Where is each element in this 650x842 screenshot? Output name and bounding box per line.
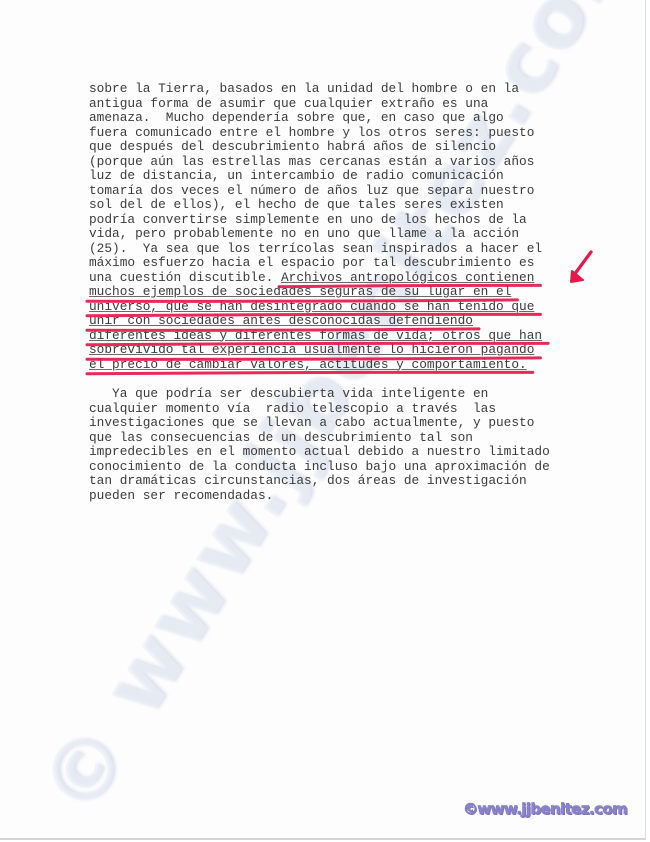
line-text: que después del descubrimiento habrá año… — [89, 139, 496, 154]
text-line: máximo esfuerzo hacia el espacio por tal… — [89, 256, 589, 271]
paragraph-2: Ya que podría ser descubierta vida intel… — [89, 387, 589, 503]
line-text: (porque aún las estrellas mas cercanas e… — [89, 154, 534, 169]
underlined-text: el precio de cambiar valores, actitudes … — [89, 357, 527, 372]
text-line: luz de distancia, un intercambio de radi… — [89, 169, 589, 184]
text-line: sol del de ellos), el hecho de que tales… — [89, 198, 589, 213]
line-text: antigua forma de asumir que cualquier ex… — [89, 96, 488, 111]
scanned-page: © www.jjbenitez.com sobre la Tierra, bas… — [0, 0, 646, 840]
line-text: podría convertirse simplemente en uno de… — [89, 212, 527, 227]
text-line: una cuestión discutible. Archivos antrop… — [89, 271, 589, 286]
line-text: sobre la Tierra, basados en la unidad de… — [89, 81, 519, 96]
line-text: máximo esfuerzo hacia el espacio por tal… — [89, 255, 534, 270]
text-line: sobre la Tierra, basados en la unidad de… — [89, 82, 589, 97]
underlined-text: unir con sociedades antes desconocidas d… — [89, 313, 473, 328]
text-line: el precio de cambiar valores, actitudes … — [89, 358, 589, 373]
text-line: impredecibles en el momento actual debid… — [89, 445, 589, 460]
text-line: (25). Ya sea que los terrícolas sean ins… — [89, 242, 589, 257]
text-line: fuera comunicado entre el hombre y los o… — [89, 126, 589, 141]
text-line: tomaría dos veces el número de años luz … — [89, 184, 589, 199]
underlined-text: muchos ejemplos de sociedades seguras de… — [89, 284, 511, 299]
text-line: tan dramáticas circunstancias, dos áreas… — [89, 474, 589, 489]
line-text: tomaría dos veces el número de años luz … — [89, 183, 534, 198]
text-line: (porque aún las estrellas mas cercanas e… — [89, 155, 589, 170]
line-text: (25). Ya sea que los terrícolas sean ins… — [89, 241, 542, 256]
line-text: fuera comunicado entre el hombre y los o… — [89, 125, 534, 140]
text-line: muchos ejemplos de sociedades seguras de… — [89, 285, 589, 300]
text-line: investigaciones que se llevan a cabo act… — [89, 416, 589, 431]
line-text: una cuestión discutible. — [89, 270, 281, 285]
text-line: amenaza. Mucho dependería sobre que, en … — [89, 111, 589, 126]
text-line: diferentes ideas y diferentes formas de … — [89, 329, 589, 344]
text-line: antigua forma de asumir que cualquier ex… — [89, 97, 589, 112]
text-line: conocimiento de la conducta incluso bajo… — [89, 460, 589, 475]
text-line: unir con sociedades antes desconocidas d… — [89, 314, 589, 329]
line-text: vida, pero probablemente no en uno que l… — [89, 226, 519, 241]
line-text: sol del de ellos), el hecho de que tales… — [89, 197, 504, 212]
line-text: luz de distancia, un intercambio de radi… — [89, 168, 504, 183]
underlined-text: Archivos antropológicos contienen — [281, 270, 534, 285]
underlined-text: diferentes ideas y diferentes formas de … — [89, 328, 542, 343]
text-line: vida, pero probablemente no en uno que l… — [89, 227, 589, 242]
text-line: universo, que se han desintegrado cuando… — [89, 300, 589, 315]
text-line: que después del descubrimiento habrá año… — [89, 140, 589, 155]
text-line: Ya que podría ser descubierta vida intel… — [89, 387, 589, 402]
underlined-text: universo, que se han desintegrado cuando… — [89, 299, 534, 314]
text-line: sobrevivido tal experiencia usualmente l… — [89, 343, 589, 358]
text-line: que las consecuencias de un descubrimien… — [89, 431, 589, 446]
footer-watermark: ©www.jjbenitez.com — [463, 800, 627, 818]
paragraph-1: sobre la Tierra, basados en la unidad de… — [89, 82, 589, 372]
text-line: pueden ser recomendadas. — [89, 489, 589, 504]
text-line: podría convertirse simplemente en uno de… — [89, 213, 589, 228]
underlined-text: sobrevivido tal experiencia usualmente l… — [89, 342, 534, 357]
line-text: amenaza. Mucho dependería sobre que, en … — [89, 110, 504, 125]
text-line: cualquier momento vía radio telescopio a… — [89, 402, 589, 417]
